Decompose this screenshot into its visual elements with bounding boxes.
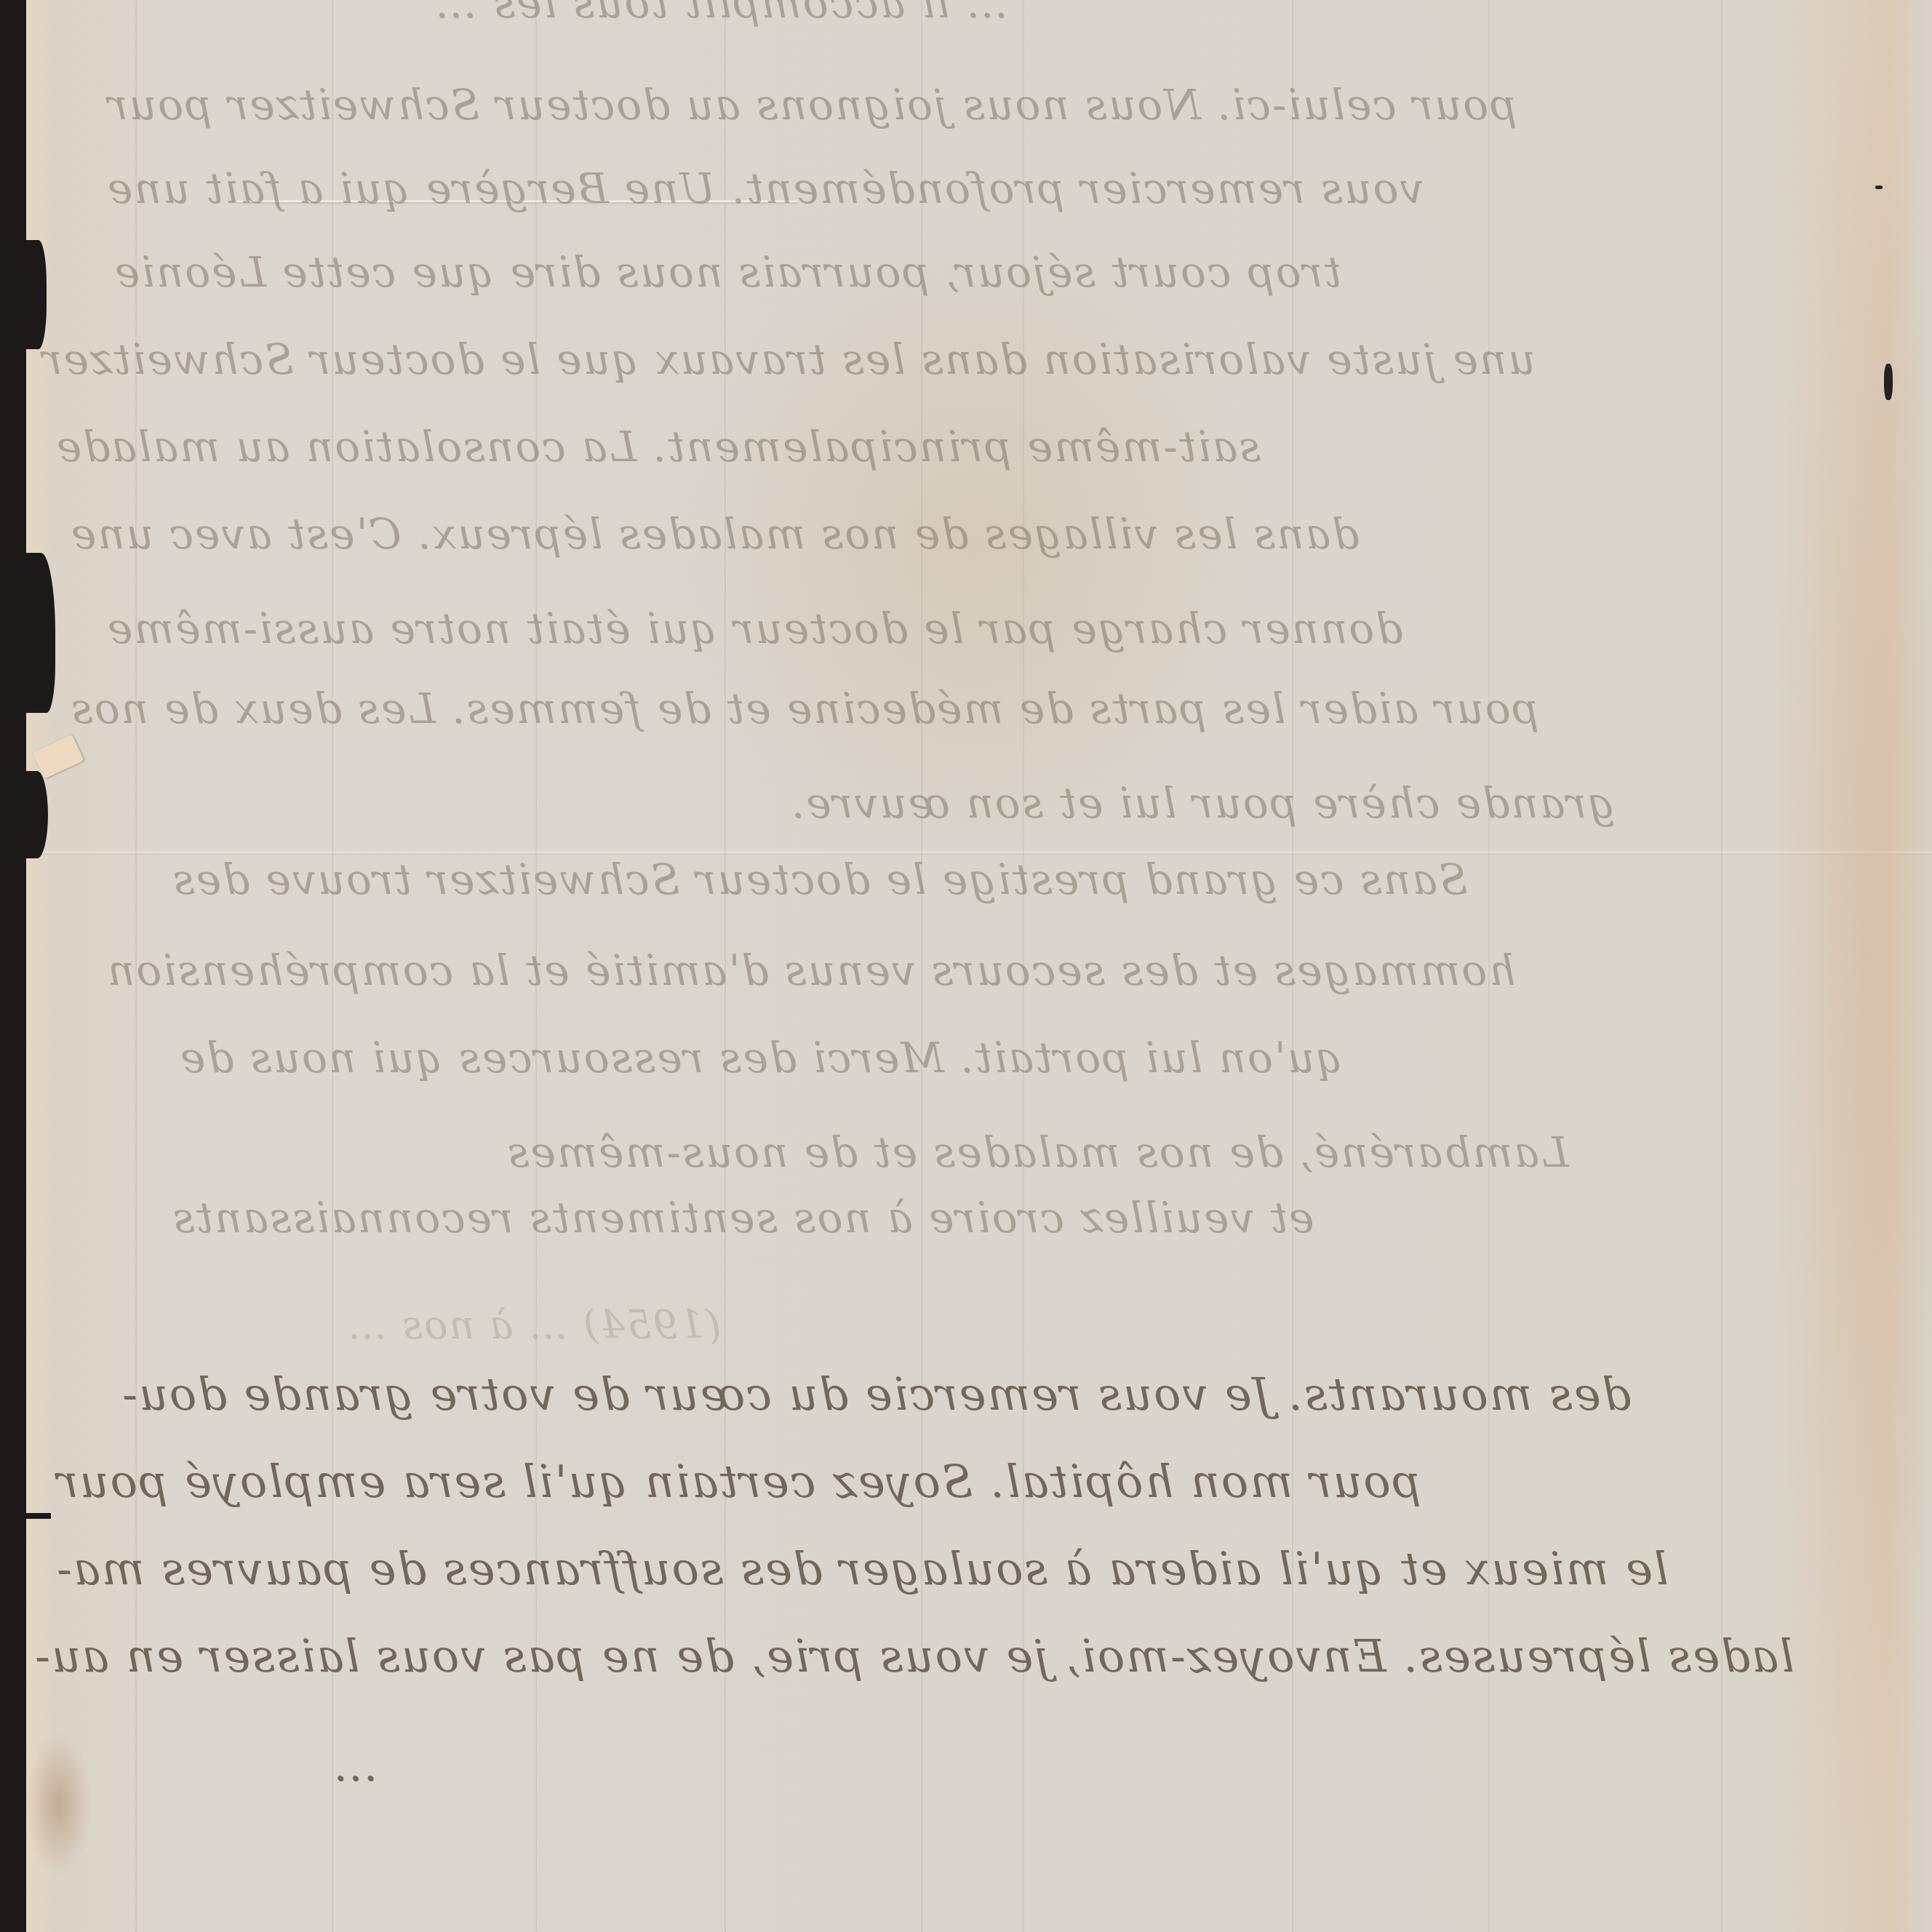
paper-stain	[1772, 0, 1932, 1891]
letter-line: donner charge par le docteur qui était n…	[106, 604, 1402, 653]
letter-line: le mieux et qu'il aidera à soulager des …	[55, 1542, 1669, 1595]
letter-line: …	[332, 1739, 378, 1792]
letter-line: et veuillez croire à nos sentiments reco…	[172, 1193, 1314, 1242]
letter-line: Lambaréné, de nos malades et de nous-mêm…	[506, 1127, 1568, 1177]
letter-line: grande chère pour lui et son œuvre.	[790, 778, 1615, 828]
letter-line: pour aider les parts de médecine et de f…	[70, 684, 1539, 733]
letter-line: trop court séjour, pourrais nous dire qu…	[113, 247, 1341, 297]
paper-stain	[26, 1731, 92, 1877]
torn-edge	[26, 771, 48, 858]
letter-line: pour mon hôpital. Soyez certain qu'il se…	[55, 1455, 1421, 1508]
edge-mark	[0, 1513, 51, 1519]
letter-line: … il accomplit tous les …	[434, 0, 1008, 28]
letter-line: qu'on lui portait. Merci des ressources …	[179, 1033, 1343, 1082]
torn-edge	[26, 240, 47, 349]
faint-annotation: (1954) … à nos …	[346, 1302, 721, 1348]
ink-mark	[1884, 364, 1893, 400]
letter-line: hommages et des secours venus d'amitié e…	[106, 946, 1516, 995]
letter-line: sait-même principalement. La consolation…	[55, 422, 1261, 471]
torn-edge	[26, 553, 55, 713]
letter-line: Sans ce grand prestige le docteur Schwei…	[172, 855, 1468, 904]
letter-line: des mourants. Je vous remercie du cœur d…	[121, 1368, 1631, 1421]
letter-line: lades lépreuses. Envoyez-moi, je vous pr…	[33, 1629, 1795, 1682]
letter-line: dans les villages de nos malades lépreux…	[70, 509, 1359, 559]
letter-line: pour celui-ci. Nous nous joignons au doc…	[106, 80, 1517, 129]
ink-mark	[1875, 185, 1883, 189]
letter-line: une juste valorisation dans les travaux …	[41, 335, 1536, 384]
letter-page: … il accomplit tous les … pour celui-ci.…	[26, 0, 1932, 1932]
letter-line: vous remercier profondément. Une Bergère…	[106, 164, 1424, 213]
